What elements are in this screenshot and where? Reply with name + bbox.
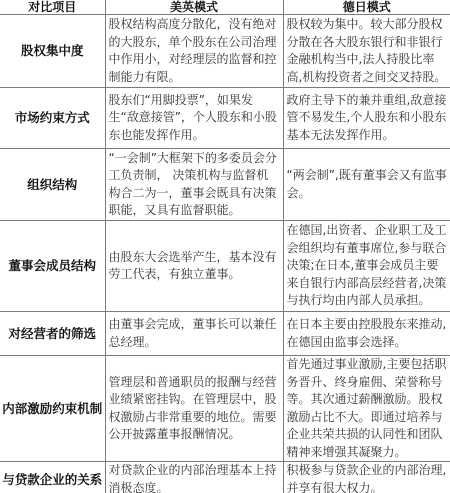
german-japanese-cell: 在德国,出资者、企业职工及工会组织均有董事席位,参与联合决策;在日本,董事会成员… <box>283 221 450 312</box>
row-item-label: 组织结构 <box>0 149 105 221</box>
anglo-american-cell: 由股东大会选举产生，基本没有劳工代表，有独立董事。 <box>105 221 283 312</box>
row-item-label: 董事会成员结构 <box>0 221 105 312</box>
table-row: 组织结构 “一会制”大框架下的多委员会分工负责制， 决策机构与监督机构合二为一，… <box>0 149 450 221</box>
header-row: 对比项目 美英模式 德日模式 <box>0 0 450 15</box>
header-anglo-american-model: 美英模式 <box>105 0 283 15</box>
table-row: 股权集中度 股权结构高度分散化，没有绝对的大股东，单个股东在公司治理中作用小，对… <box>0 15 450 88</box>
table-row: 与贷款企业的关系 对贷款企业的内部治理基本上持消极态度。 积极参与贷款企业的内部… <box>0 462 450 493</box>
row-item-label: 股权集中度 <box>0 15 105 88</box>
anglo-american-cell: 对贷款企业的内部治理基本上持消极态度。 <box>105 462 283 493</box>
anglo-american-cell: 由董事会完成，董事长可以兼任总经理。 <box>105 312 283 356</box>
anglo-american-cell: 股权结构高度分散化，没有绝对的大股东，单个股东在公司治理中作用小，对经理层的监督… <box>105 15 283 88</box>
german-japanese-cell: 积极参与贷款企业的内部治理,并享有很大权力。 <box>283 462 450 493</box>
german-japanese-cell: “两会制”,既有董事会又有监事会。 <box>283 149 450 221</box>
row-item-label: 内部激励约束机制 <box>0 356 105 462</box>
table-row: 内部激励约束机制 管理层和普通职员的报酬与经营业绩紧密挂钩。在管理层中，股权激励… <box>0 356 450 462</box>
anglo-american-cell: “一会制”大框架下的多委员会分工负责制， 决策机构与监督机构合二为一，董事会既具… <box>105 149 283 221</box>
row-item-label: 对经营者的筛选 <box>0 312 105 356</box>
german-japanese-cell: 在日本主要由控股股东来推动,在德国由监事会选择。 <box>283 312 450 356</box>
german-japanese-cell: 首先通过事业激励,主要包括职务晋升、终身雇佣、荣誉称号等。其次通过薪酬激励。股权… <box>283 356 450 462</box>
table-row: 市场约束方式 股东们“用脚投票”，如果发生“敌意接管”，个人股东和小股东也能发挥… <box>0 88 450 149</box>
table-row: 对经营者的筛选 由董事会完成，董事长可以兼任总经理。 在日本主要由控股股东来推动… <box>0 312 450 356</box>
row-item-label: 与贷款企业的关系 <box>0 462 105 493</box>
german-japanese-cell: 政府主导下的兼并重组,敌意接管不易发生,个人股东和小股东基本无法发挥作用。 <box>283 88 450 149</box>
row-item-label: 市场约束方式 <box>0 88 105 149</box>
german-japanese-cell: 股权较为集中。较大部分股权分散在各大股东银行和非银行金融机构当中,法人持股比率高… <box>283 15 450 88</box>
comparison-table: 对比项目 美英模式 德日模式 股权集中度 股权结构高度分散化，没有绝对的大股东，… <box>0 0 450 493</box>
anglo-american-cell: 股东们“用脚投票”，如果发生“敌意接管”，个人股东和小股东也能发挥作用。 <box>105 88 283 149</box>
table-row: 董事会成员结构 由股东大会选举产生，基本没有劳工代表，有独立董事。 在德国,出资… <box>0 221 450 312</box>
header-comparison-item: 对比项目 <box>0 0 105 15</box>
anglo-american-cell: 管理层和普通职员的报酬与经营业绩紧密挂钩。在管理层中，股权激励占非常重要的地位。… <box>105 356 283 462</box>
header-german-japanese-model: 德日模式 <box>283 0 450 15</box>
